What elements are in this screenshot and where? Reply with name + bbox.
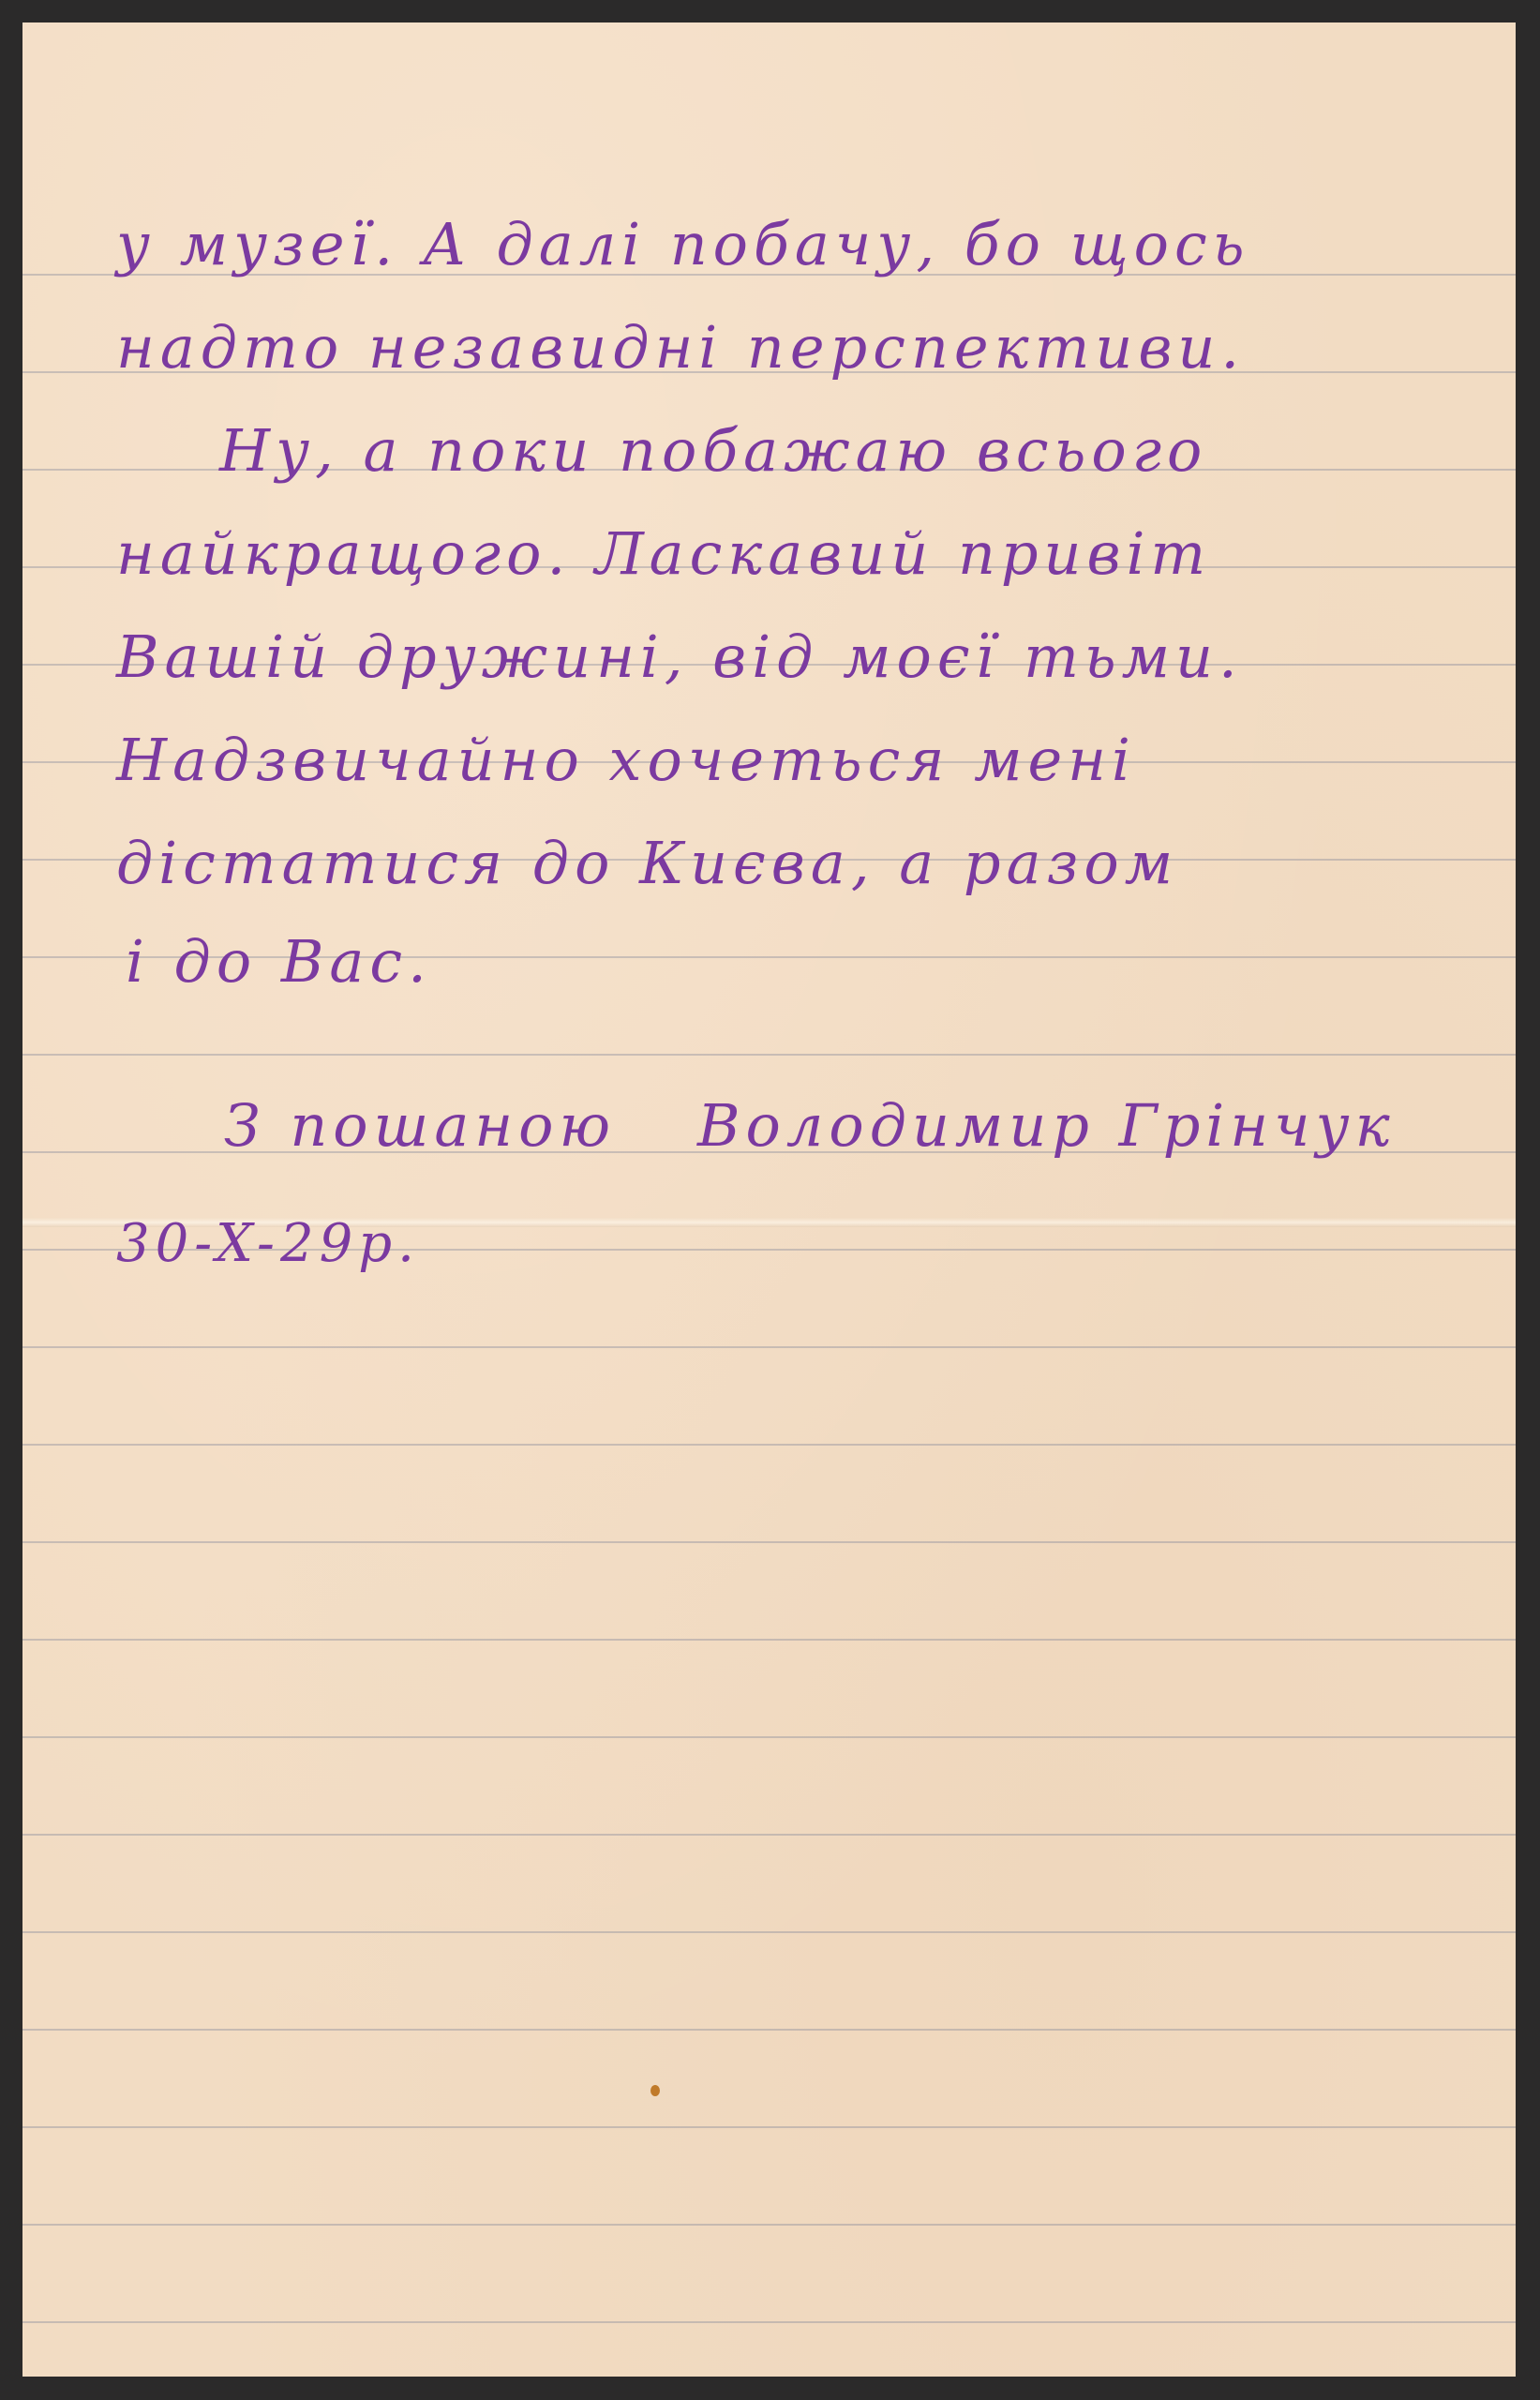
ruled-line <box>22 1736 1516 1738</box>
signature: Володимир Грінчук <box>697 1091 1396 1160</box>
letter-line: Надзвичайно хочеться мені <box>116 726 1136 794</box>
ruled-line <box>22 2029 1516 2031</box>
letter-line: Ну, а поки побажаю всього <box>219 416 1207 485</box>
ruled-line <box>22 2224 1516 2226</box>
closing-text: З пошаною <box>224 1091 616 1160</box>
letter-line: і до Вас. <box>126 927 432 996</box>
ruled-line <box>22 1931 1516 1933</box>
ruled-line <box>22 1444 1516 1446</box>
letter-line: Вашій дружині, від моєї тьми. <box>116 622 1243 691</box>
ruled-line <box>22 1054 1516 1056</box>
ruled-line <box>22 1346 1516 1348</box>
letter-page: у музеї. А далі побачу, бо щось надто не… <box>22 22 1516 2377</box>
paper-stain <box>650 2085 660 2096</box>
letter-line: надто незавидні перспективи. <box>116 313 1245 382</box>
ruled-line <box>22 1639 1516 1641</box>
ruled-line <box>22 1541 1516 1543</box>
letter-date: 30-X-29р. <box>116 1213 420 1274</box>
ruled-line <box>22 2321 1516 2323</box>
letter-line: у музеї. А далі побачу, бо щось <box>116 210 1249 278</box>
letter-line: найкращого. Ласкавий привіт <box>116 519 1211 588</box>
letter-line: дістатися до Києва, а разом <box>116 829 1178 897</box>
ruled-line <box>22 1834 1516 1836</box>
ruled-line <box>22 2126 1516 2128</box>
